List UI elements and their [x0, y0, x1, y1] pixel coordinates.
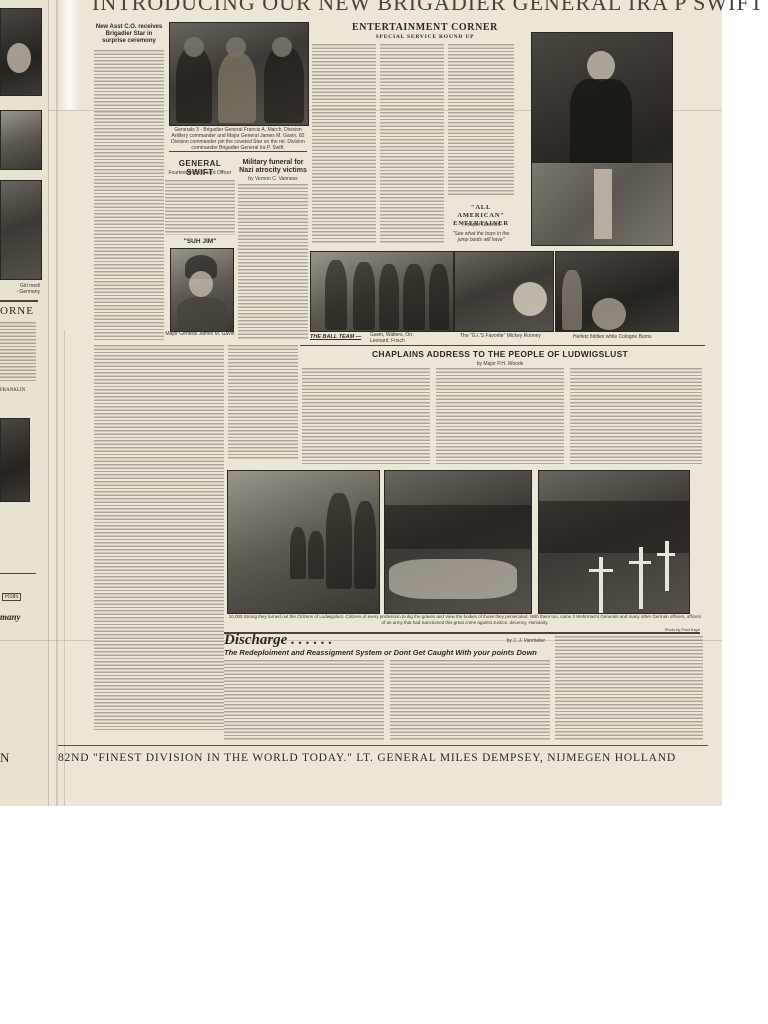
- swift-story-text: [94, 50, 164, 340]
- page-footer-slogan: 82ND "FINEST DIVISION IN THE WORLD TODAY…: [58, 752, 708, 764]
- mickey-rooney-photo: [454, 251, 554, 332]
- left-heading-fragment: ORNE: [0, 305, 34, 317]
- discharge-subtitle: The Redeploiment and Reassigment System …: [224, 648, 549, 657]
- discharge-title: Discharge . . . . . .: [224, 632, 344, 649]
- heifetz-caption: Heifetz fiddles while Cologne Burns: [573, 334, 683, 340]
- ball-team-names: Gavin, Walters, Orr, Leonard, Frisch: [370, 332, 420, 344]
- left-italic-fragment: many: [0, 612, 21, 622]
- discharge-byline: by J. J. Vanmeter: [485, 638, 545, 644]
- heifetz-photo: [555, 251, 679, 332]
- background: [0, 806, 768, 1024]
- adjacent-page-strip: Girl medi - Germany ORNE FRANKLIN Rolls …: [0, 0, 49, 806]
- entertainment-text-col3: [448, 44, 514, 196]
- left-nurse-photo: [0, 180, 42, 280]
- chaplains-text-col2: [436, 368, 564, 464]
- fold-crease: [56, 0, 58, 806]
- military-funeral-text-continued: [228, 345, 298, 460]
- ceremony-photo-caption: Generals 3 - Brigadier General Francis A…: [169, 127, 307, 151]
- military-funeral-heading: Military funeral for Nazi atrocity victi…: [238, 159, 308, 175]
- light-glare: [60, 0, 80, 110]
- ludwigslust-procession-photo: [227, 470, 380, 614]
- nickname-heading: "SUH JIM": [165, 237, 235, 246]
- discharge-text-col1: [224, 660, 384, 740]
- entertainer-name: Trooper Dietrich: [448, 222, 514, 228]
- page-headline: Introducing Our New Brigadier General Ir…: [92, 0, 702, 14]
- chaplains-address-title: CHAPLAINS ADDRESS TO THE PEOPLE OF LUDWI…: [300, 349, 700, 359]
- left-byline-fragment: FRANKLIN: [0, 388, 25, 393]
- ludwigslust-photo-caption: 10,000 Strong they turned out the Citize…: [227, 614, 703, 625]
- military-funeral-text: [238, 184, 308, 340]
- fold-crease: [64, 330, 65, 806]
- left-portrait-photo: [0, 8, 42, 96]
- entertainment-corner-title: ENTERTAINMENT CORNER: [330, 22, 520, 33]
- general-swift-subheading: Fourteenth Bn Guard Officer: [165, 170, 235, 176]
- general-swift-text: [165, 180, 235, 235]
- marlene-dietrich-photo: [531, 32, 673, 246]
- left-aircraft-photo: [0, 110, 42, 170]
- ball-team-photo: [310, 251, 454, 332]
- left-bottom-letter: N: [0, 750, 9, 766]
- gavin-portrait-caption: Major General James M. Gavin: [165, 331, 235, 337]
- chaplains-text-col1: [302, 368, 430, 464]
- left-text-column: [0, 322, 36, 382]
- left-photo-caption: Girl medi - Germany: [0, 283, 40, 295]
- ceremony-photo: [169, 22, 309, 126]
- chaplains-byline: by Major P.H. Woods: [300, 361, 700, 367]
- entertainment-corner-subtitle: SPECIAL SERVICE ROUND UP: [330, 34, 520, 40]
- swift-story-text-continued: [94, 345, 224, 730]
- newspaper-page: Girl medi - Germany ORNE FRANKLIN Rolls …: [0, 0, 722, 806]
- chaplains-text-col3: [570, 368, 702, 464]
- entertainer-quote: "See what the boys in the jump boots wil…: [448, 231, 514, 243]
- discharge-text-col2: [390, 660, 550, 740]
- discharge-text-col3: [555, 636, 703, 740]
- left-badge-fragment: Rolls: [2, 593, 21, 601]
- ludwigslust-graves-photo: [538, 470, 690, 614]
- footer-rule: [58, 745, 708, 746]
- mickey-rooney-caption: The "G.I.'S Favorite" Mickey Rooney: [460, 333, 560, 339]
- ball-team-label: THE BALL TEAM —: [310, 333, 370, 342]
- entertainment-text-col2: [380, 44, 444, 244]
- gavin-portrait-photo: [170, 248, 234, 332]
- entertainment-text-col1: [312, 44, 376, 244]
- left-officer-photo: [0, 418, 30, 502]
- ludwigslust-bodies-photo: [384, 470, 532, 614]
- swift-kicker: New Asst C.O. receives Brigadier Star in…: [94, 24, 164, 45]
- military-funeral-byline: by Vernon C. Vanness: [238, 176, 308, 182]
